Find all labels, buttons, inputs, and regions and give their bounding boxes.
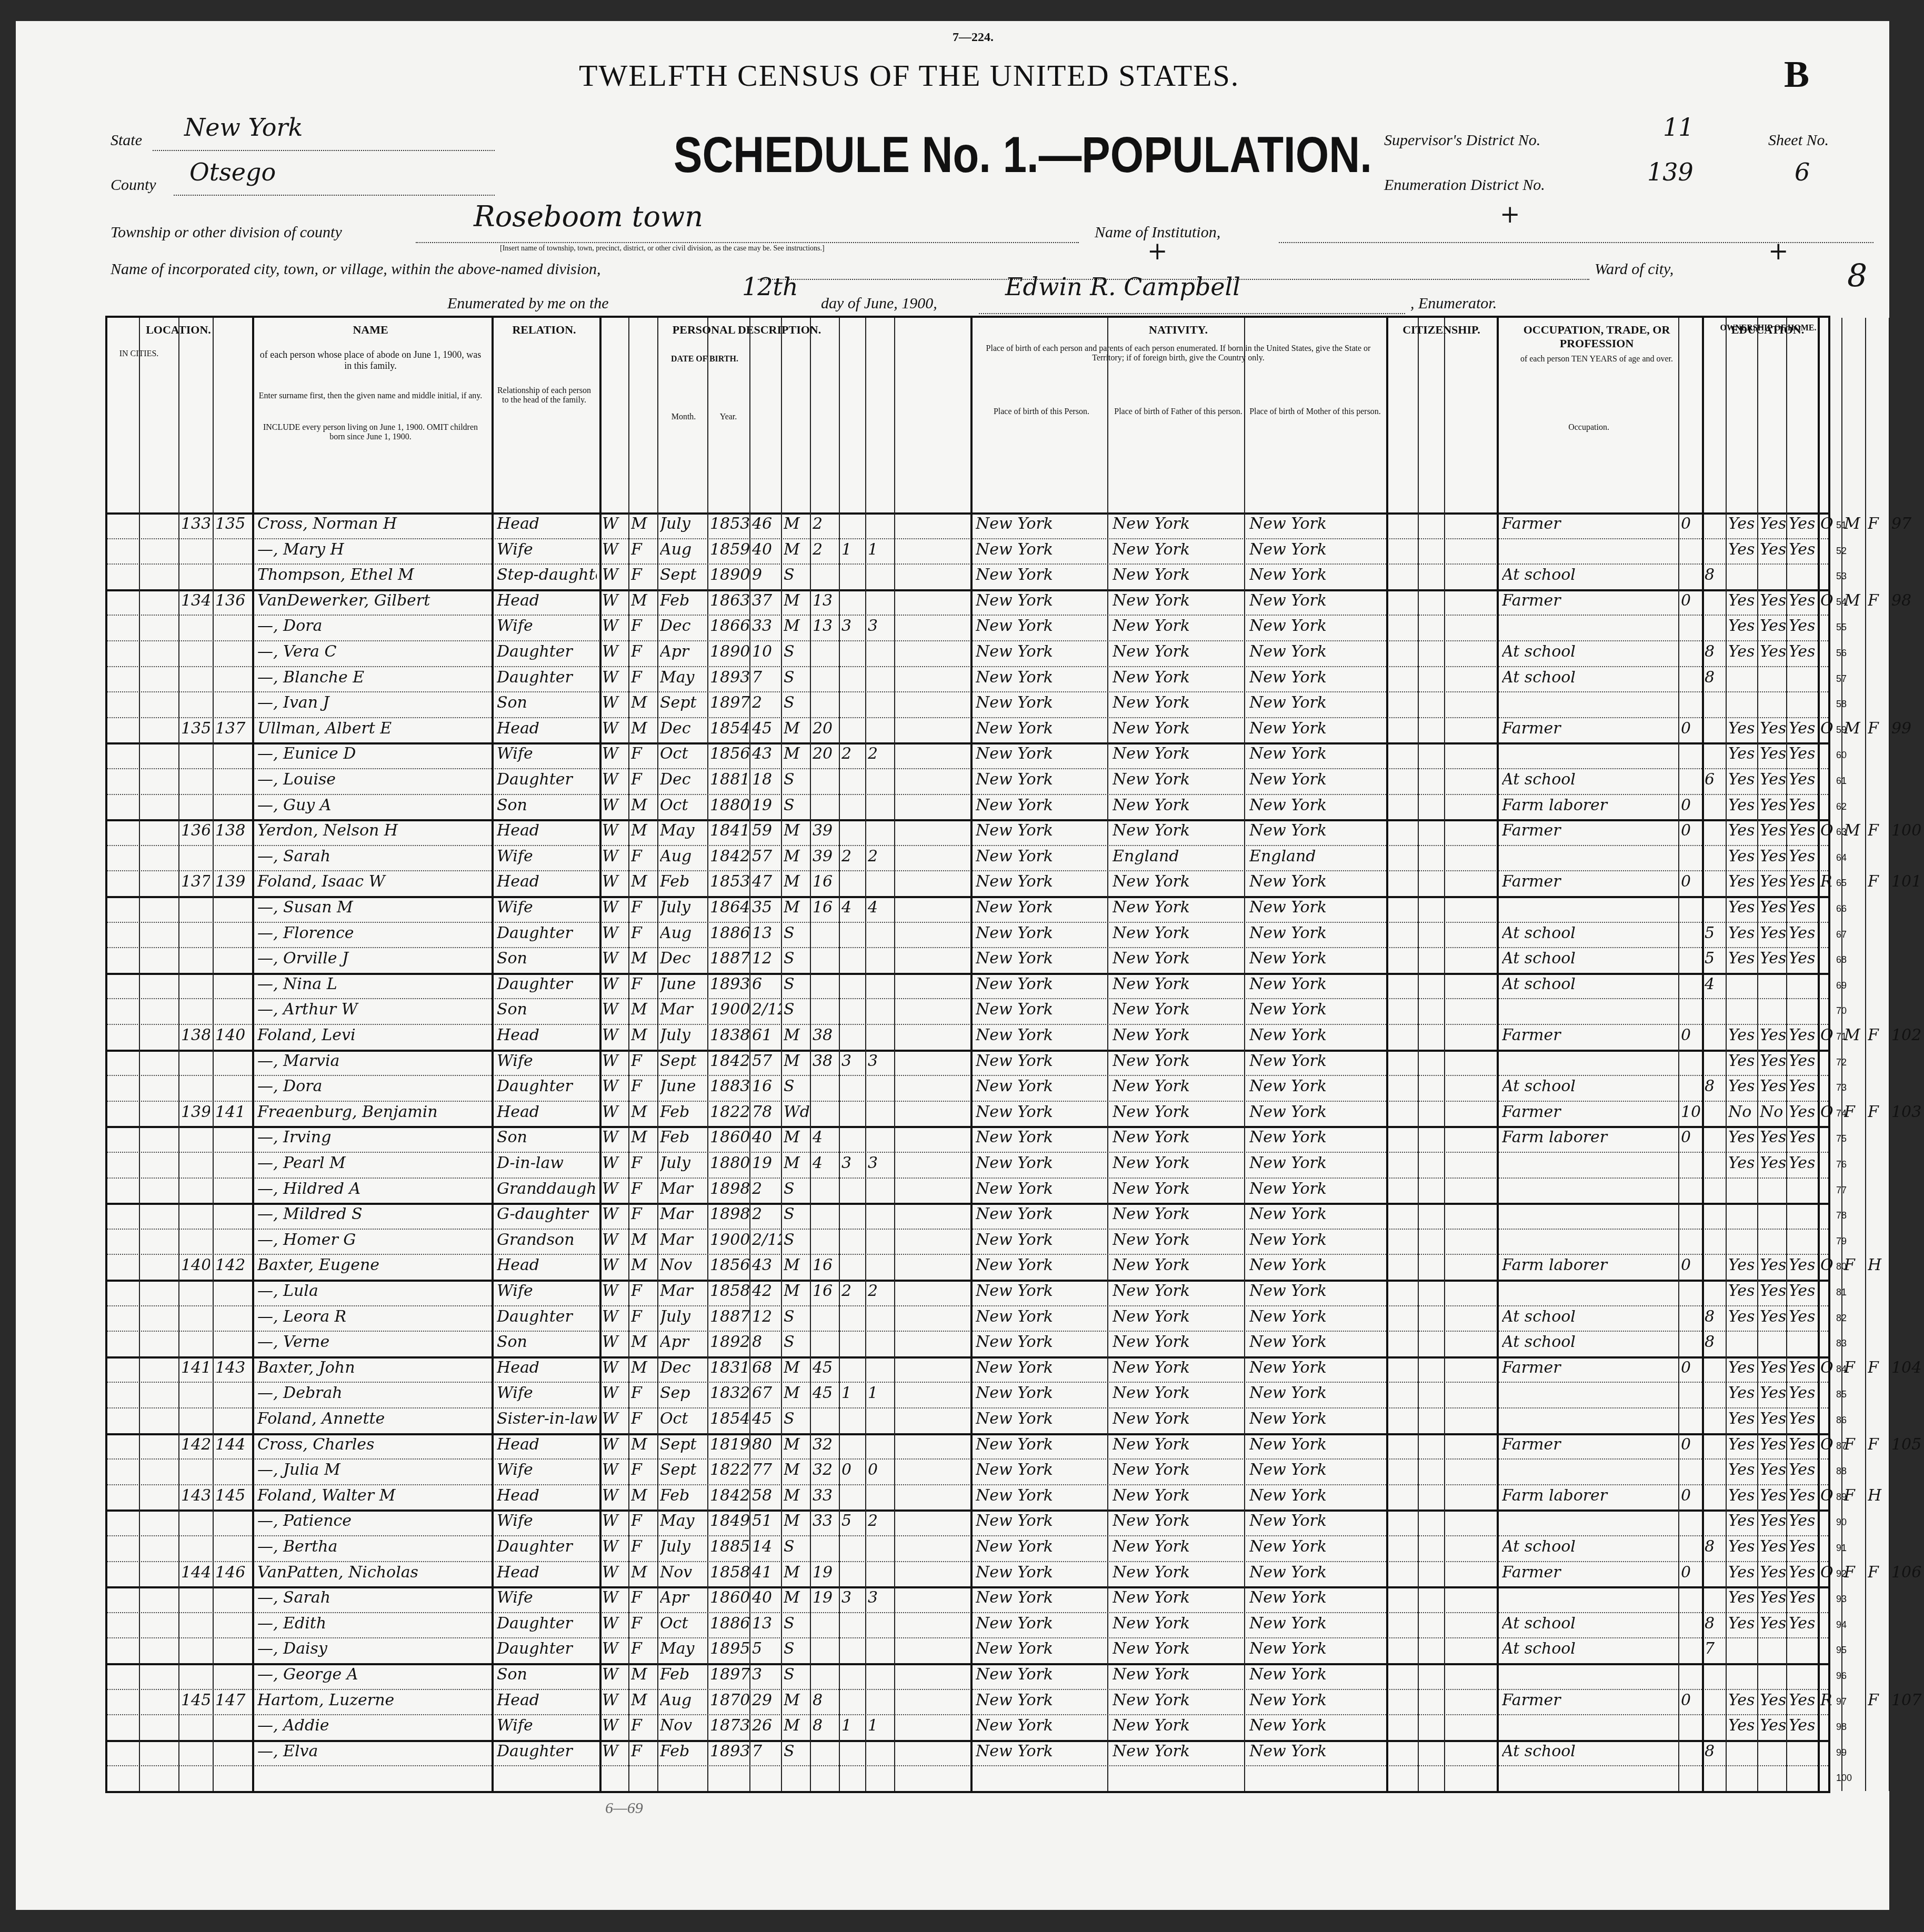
cell-sex: F (631, 540, 655, 559)
cell-month: Sept (660, 1461, 707, 1479)
cell-marital: S (784, 796, 810, 814)
cell-read: Yes (1728, 1537, 1757, 1556)
cell-year: 1886 (710, 1614, 749, 1633)
cell-marital: M (784, 1588, 810, 1607)
cell-pob-mother: New York (1249, 1639, 1381, 1658)
cell-yrs-married: 39 (813, 821, 839, 840)
cell-family: 146 (215, 1563, 247, 1582)
cell-read: Yes (1728, 770, 1757, 789)
cell-age: 14 (752, 1537, 781, 1556)
cell-color: W (602, 821, 626, 840)
cell-name: Thompson, Ethel M (257, 566, 489, 584)
cell-relation: Son (497, 1665, 597, 1684)
cell-pob: New York (976, 1077, 1107, 1095)
cell-mother-of: 3 (841, 617, 865, 635)
cell-month: July (660, 1154, 707, 1172)
cell-month: May (660, 1639, 707, 1658)
col-occupation: OCCUPATION, TRADE, OR PROFESSION (1497, 323, 1697, 350)
cell-month: Nov (660, 1256, 707, 1274)
cell-months-unemp: 0 (1681, 719, 1702, 738)
cell-relation: Daughter (497, 1742, 597, 1760)
cell-year: 1842 (710, 847, 749, 866)
county-value: Otsego (189, 158, 276, 186)
cell-name: VanPatten, Nicholas (257, 1563, 489, 1582)
cell-read: Yes (1728, 821, 1757, 840)
cell-write: Yes (1760, 898, 1789, 917)
cell-pob: New York (976, 1614, 1107, 1633)
cell-family: 139 (215, 872, 247, 891)
cell-year: 1897 (710, 1665, 749, 1684)
cell-pob-father: New York (1113, 1691, 1244, 1709)
cell-color: W (602, 1307, 626, 1326)
cell-month: Oct (660, 796, 707, 814)
cell-living: 1 (868, 1384, 891, 1402)
cell-month: Apr (660, 1588, 707, 1607)
table-row: —, Vera CDaughterWFApr189010SNew YorkNew… (107, 640, 1828, 667)
cell-name: —, Daisy (257, 1639, 489, 1658)
col-date-of-birth: DATE OF BIRTH. (660, 355, 749, 364)
cell-read: Yes (1728, 1359, 1757, 1377)
cell-year: 1832 (710, 1384, 749, 1402)
cell-age: 80 (752, 1435, 781, 1454)
cell-year: 1881 (710, 770, 749, 789)
cell-marital: M (784, 1691, 810, 1709)
cell-sex: F (631, 1077, 655, 1095)
cell-relation: Step-daughter (497, 566, 597, 584)
cell-yrs-married: 13 (813, 591, 839, 610)
table-row: 133135Cross, Norman HHeadWMJuly185346M2N… (107, 512, 1828, 539)
cell-dwelling: 142 (181, 1435, 210, 1454)
cell-yrs-married: 32 (813, 1461, 839, 1479)
cell-pob-father: New York (1113, 1461, 1244, 1479)
cell-sex: F (631, 847, 655, 866)
cell-schedule: 100 (1891, 821, 1924, 840)
table-row: —, Mary HWifeWFAug185940M211New YorkNew … (107, 538, 1828, 565)
cell-color: W (602, 1103, 626, 1121)
cell-school: 8 (1705, 1077, 1726, 1095)
cell-sex: F (631, 1180, 655, 1198)
cell-sex: F (631, 744, 655, 763)
cell-pob: New York (976, 1461, 1107, 1479)
cell-name: —, Marvia (257, 1052, 489, 1070)
col-name: NAME (252, 323, 489, 337)
cell-english: Yes (1789, 924, 1818, 942)
cell-farm: F (1868, 1435, 1891, 1454)
cell-color: W (602, 515, 626, 533)
cell-year: 1842 (710, 1052, 749, 1070)
cell-sex: F (631, 975, 655, 993)
cell-relation: Daughter (497, 1639, 597, 1658)
cell-english: Yes (1789, 617, 1818, 635)
cell-yrs-married: 20 (813, 744, 839, 763)
cell-year: 1900 (710, 1231, 749, 1249)
cell-relation: Head (497, 515, 597, 533)
cell-month: Sept (660, 1052, 707, 1070)
cell-sex: F (631, 1307, 655, 1326)
cell-pob: New York (976, 617, 1107, 635)
cell-pob-father: New York (1113, 1588, 1244, 1607)
cell-pob-father: New York (1113, 1486, 1244, 1505)
cell-pob-mother: New York (1249, 1154, 1381, 1172)
cell-month: Dec (660, 719, 707, 738)
cell-pob: New York (976, 1639, 1107, 1658)
cell-color: W (602, 1128, 626, 1146)
cell-farm: F (1868, 719, 1891, 738)
cell-pob-mother: New York (1249, 719, 1381, 738)
cell-year: 1853 (710, 515, 749, 533)
cell-pob-father: New York (1113, 540, 1244, 559)
column-rule (139, 318, 140, 1791)
cell-yrs-married: 8 (813, 1716, 839, 1735)
cell-sex: F (631, 1512, 655, 1530)
cell-mother-of: 0 (841, 1461, 865, 1479)
cell-read: Yes (1728, 719, 1757, 738)
cell-pob-mother: New York (1249, 1435, 1381, 1454)
cell-pob: New York (976, 1000, 1107, 1019)
cell-sex: M (631, 515, 655, 533)
cell-mortgage: F (1844, 1563, 1868, 1582)
table-row: —, Mildred SG-daughterWFMar18982SNew Yor… (107, 1203, 1828, 1230)
cell-age: 2/12 (752, 1000, 781, 1019)
cell-month: Mar (660, 1231, 707, 1249)
cell-age: 43 (752, 744, 781, 763)
cell-read: Yes (1728, 1512, 1757, 1530)
cell-pob-mother: New York (1249, 1307, 1381, 1326)
cell-color: W (602, 1026, 626, 1044)
cell-living: 3 (868, 1588, 891, 1607)
column-rule (1786, 318, 1787, 1791)
cell-relation: Son (497, 1000, 597, 1019)
cell-months-unemp: 0 (1681, 1563, 1702, 1582)
sheet-label: Sheet No. (1768, 132, 1829, 149)
cell-name: —, Blanche E (257, 668, 489, 687)
state-label: State (111, 132, 142, 149)
column-rule (839, 318, 840, 1791)
cell-month: Mar (660, 1205, 707, 1223)
cell-sex: M (631, 693, 655, 712)
column-rule (252, 318, 254, 1791)
cell-name: Hartom, Luzerne (257, 1691, 489, 1709)
cell-age: 2 (752, 1205, 781, 1223)
cell-month: Dec (660, 1359, 707, 1377)
cell-relation: Head (497, 1256, 597, 1274)
cell-school: 6 (1705, 770, 1726, 789)
cell-pob: New York (976, 1282, 1107, 1300)
cell-name: —, Bertha (257, 1537, 489, 1556)
cell-name: —, Debrah (257, 1384, 489, 1402)
line-number: 100 (1836, 1773, 1852, 1784)
cell-color: W (602, 1282, 626, 1300)
cell-marital: S (784, 1077, 810, 1095)
cell-mortgage: M (1844, 821, 1868, 840)
cell-family: 135 (215, 515, 247, 533)
cell-pob: New York (976, 872, 1107, 891)
cell-dwelling: 133 (181, 515, 210, 533)
cell-sex: M (631, 1486, 655, 1505)
city-label: Name of incorporated city, town, or vill… (111, 260, 601, 278)
cell-sex: F (631, 1052, 655, 1070)
cell-name: —, Guy A (257, 796, 489, 814)
cell-read: Yes (1728, 1384, 1757, 1402)
cell-age: 5 (752, 1639, 781, 1658)
cell-yrs-married: 32 (813, 1435, 839, 1454)
cell-color: W (602, 1256, 626, 1274)
cell-english: Yes (1789, 1614, 1818, 1633)
table-row: 135137Ullman, Albert EHeadWMDec185445M20… (107, 717, 1828, 745)
cell-age: 7 (752, 1742, 781, 1760)
cell-color: W (602, 1461, 626, 1479)
cell-pob-mother: New York (1249, 1716, 1381, 1735)
cell-english: Yes (1789, 1307, 1818, 1326)
cell-pob-father: New York (1113, 1077, 1244, 1095)
cell-school: 8 (1705, 668, 1726, 687)
cell-yrs-married: 4 (813, 1128, 839, 1146)
cell-month: Dec (660, 770, 707, 789)
cell-age: 19 (752, 1154, 781, 1172)
cell-name: —, Homer G (257, 1231, 489, 1249)
cell-pob: New York (976, 642, 1107, 661)
cell-pob-father: New York (1113, 515, 1244, 533)
cell-english: Yes (1789, 1588, 1818, 1607)
cell-school: 5 (1705, 924, 1726, 942)
cell-pob: New York (976, 1128, 1107, 1146)
cell-relation: Wife (497, 540, 597, 559)
cell-pob: New York (976, 949, 1107, 968)
cell-sex: M (631, 796, 655, 814)
cell-relation: Daughter (497, 1307, 597, 1326)
cell-year: 1887 (710, 1307, 749, 1326)
cell-sex: F (631, 1742, 655, 1760)
col-occupation-sub: Occupation. (1502, 423, 1676, 432)
cell-year: 1893 (710, 668, 749, 687)
cell-age: 6 (752, 975, 781, 993)
cell-occupation: Farmer (1502, 515, 1676, 533)
column-rule (1889, 318, 1890, 1791)
cell-school: 8 (1705, 642, 1726, 661)
cell-pob-father: New York (1113, 693, 1244, 712)
cell-write: Yes (1760, 847, 1789, 866)
cell-color: W (602, 1665, 626, 1684)
table-row: —, IrvingSonWMFeb186040M4New YorkNew Yor… (107, 1126, 1828, 1153)
cell-relation: Head (497, 591, 597, 610)
cell-schedule: 106 (1891, 1563, 1924, 1582)
cell-english: Yes (1789, 1410, 1818, 1428)
col-name-instr: Enter surname first, then the given name… (257, 391, 484, 401)
cell-marital: S (784, 642, 810, 661)
column-rule (628, 318, 629, 1791)
cell-family: 140 (215, 1026, 247, 1044)
cell-name: —, Edith (257, 1614, 489, 1633)
cell-relation: Wife (497, 744, 597, 763)
cell-marital: S (784, 1614, 810, 1633)
cell-farm: F (1868, 1103, 1891, 1121)
cell-marital: S (784, 924, 810, 942)
cell-month: July (660, 1307, 707, 1326)
cell-english: Yes (1789, 1256, 1818, 1274)
cell-name: Cross, Norman H (257, 515, 489, 533)
cell-dwelling: 139 (181, 1103, 210, 1121)
cell-farm: F (1868, 872, 1891, 891)
col-pob-person: Place of birth of this Person. (976, 407, 1107, 417)
column-rule (707, 318, 708, 1791)
cell-write: Yes (1760, 1614, 1789, 1633)
cell-dwelling: 145 (181, 1691, 210, 1709)
cell-pob-mother: New York (1249, 1614, 1381, 1633)
cell-sex: F (631, 770, 655, 789)
cell-living: 2 (868, 1282, 891, 1300)
cell-month: Aug (660, 1691, 707, 1709)
cell-english: Yes (1789, 949, 1818, 968)
cell-mother-of: 1 (841, 1384, 865, 1402)
col-nativity: NATIVITY. (970, 323, 1386, 337)
cell-write: Yes (1760, 1052, 1789, 1070)
cell-dwelling: 140 (181, 1256, 210, 1274)
cell-sex: F (631, 1639, 655, 1658)
cell-sex: F (631, 924, 655, 942)
column-rule (178, 318, 179, 1791)
page-mark: 8 (1847, 258, 1867, 295)
col-relation-desc: Relationship of each person to the head … (497, 386, 592, 405)
cell-mother-of: 1 (841, 1716, 865, 1735)
cell-write: Yes (1760, 949, 1789, 968)
cell-pob-mother: New York (1249, 540, 1381, 559)
cell-pob-mother: New York (1249, 975, 1381, 993)
cell-month: Nov (660, 1716, 707, 1735)
cell-read: Yes (1728, 872, 1757, 891)
cell-months-unemp: 10 (1681, 1103, 1702, 1121)
cell-relation: Wife (497, 1384, 597, 1402)
cell-relation: Wife (497, 898, 597, 917)
cell-name: —, Hildred A (257, 1180, 489, 1198)
cell-living: 2 (868, 1512, 891, 1530)
cell-relation: Daughter (497, 668, 597, 687)
cell-occupation: At school (1502, 1537, 1676, 1556)
cell-sex: F (631, 617, 655, 635)
cell-pob: New York (976, 1026, 1107, 1044)
cell-age: 9 (752, 566, 781, 584)
table-row: —, FlorenceDaughterWFAug188613SNew YorkN… (107, 922, 1828, 949)
table-row: 134136VanDewerker, GilbertHeadWMFeb18633… (107, 589, 1828, 616)
cell-english: Yes (1789, 796, 1818, 814)
cell-read: Yes (1728, 1282, 1757, 1300)
cell-pob-father: New York (1113, 617, 1244, 635)
cell-year: 1860 (710, 1588, 749, 1607)
cell-pob-father: New York (1113, 975, 1244, 993)
cell-marital: S (784, 1205, 810, 1223)
column-rule (810, 318, 811, 1791)
cell-year: 1885 (710, 1537, 749, 1556)
cell-english: Yes (1789, 1384, 1818, 1402)
enumerated-suffix: day of June, 1900, (821, 295, 937, 313)
cell-name: —, Ivan J (257, 693, 489, 712)
county-label: County (111, 176, 156, 194)
cell-pob: New York (976, 591, 1107, 610)
cell-pob-father: New York (1113, 770, 1244, 789)
cell-write: Yes (1760, 872, 1789, 891)
cell-read: No (1728, 1103, 1757, 1121)
cell-marital: S (784, 566, 810, 584)
cell-color: W (602, 693, 626, 712)
cell-month: Mar (660, 1180, 707, 1198)
cell-sex: M (631, 872, 655, 891)
cell-age: 47 (752, 872, 781, 891)
cell-relation: Wife (497, 1461, 597, 1479)
cell-color: W (602, 1486, 626, 1505)
cell-months-unemp: 0 (1681, 1026, 1702, 1044)
table-row: —, Orville JSonWMDec188712SNew YorkNew Y… (107, 947, 1828, 975)
cell-relation: Head (497, 1359, 597, 1377)
column-rule (599, 318, 602, 1791)
table-row: —, SarahWifeWFAug184257M3922New YorkEngl… (107, 845, 1828, 872)
cell-family: 143 (215, 1359, 247, 1377)
cell-farm: F (1868, 1563, 1891, 1582)
cell-sex: F (631, 1205, 655, 1223)
cell-schedule: 99 (1891, 719, 1924, 738)
cell-name: Foland, Isaac W (257, 872, 489, 891)
cell-age: 37 (752, 591, 781, 610)
cell-pob-father: New York (1113, 1563, 1244, 1582)
cell-sex: M (631, 1256, 655, 1274)
cell-farm: F (1868, 515, 1891, 533)
cell-month: July (660, 898, 707, 917)
cell-year: 1895 (710, 1639, 749, 1658)
cell-dwelling: 144 (181, 1563, 210, 1582)
cell-living: 4 (868, 898, 891, 917)
table-row: 144146VanPatten, NicholasHeadWMNov185841… (107, 1561, 1828, 1589)
cell-pob-father: New York (1113, 591, 1244, 610)
column-rule (1244, 318, 1245, 1791)
cell-pob-father: New York (1113, 1052, 1244, 1070)
cell-occupation: Farm laborer (1502, 1128, 1676, 1146)
cell-color: W (602, 1000, 626, 1019)
cell-marital: M (784, 1435, 810, 1454)
cell-relation: Wife (497, 617, 597, 635)
cell-pob: New York (976, 693, 1107, 712)
column-rule (492, 318, 494, 1791)
cell-year: 1822 (710, 1461, 749, 1479)
table-row: —, ElvaDaughterWFFeb18937SNew YorkNew Yo… (107, 1740, 1828, 1767)
cell-school: 4 (1705, 975, 1726, 993)
cell-month: Aug (660, 540, 707, 559)
cell-read: Yes (1728, 796, 1757, 814)
township-value: Roseboom town (474, 200, 703, 233)
cell-age: 29 (752, 1691, 781, 1709)
cell-english: Yes (1789, 847, 1818, 866)
cell-read: Yes (1728, 924, 1757, 942)
cell-relation: Son (497, 693, 597, 712)
cell-color: W (602, 1205, 626, 1223)
cell-english: Yes (1789, 1486, 1818, 1505)
cell-pob-father: New York (1113, 898, 1244, 917)
cell-read: Yes (1728, 642, 1757, 661)
cell-mother-of: 3 (841, 1052, 865, 1070)
cell-month: May (660, 668, 707, 687)
cell-age: 8 (752, 1333, 781, 1351)
cell-pob-father: New York (1113, 1103, 1244, 1121)
cell-family: 147 (215, 1691, 247, 1709)
cell-marital: S (784, 1000, 810, 1019)
cell-age: 2/12 (752, 1231, 781, 1249)
cell-school: 7 (1705, 1639, 1726, 1658)
cell-month: Feb (660, 872, 707, 891)
cell-months-unemp: 0 (1681, 796, 1702, 814)
cell-pob-father: New York (1113, 1231, 1244, 1249)
cell-mortgage: F (1844, 1103, 1868, 1121)
cell-sex: F (631, 1282, 655, 1300)
cell-pob-mother: New York (1249, 515, 1381, 533)
cell-family: 137 (215, 719, 247, 738)
cell-year: 1842 (710, 1486, 749, 1505)
